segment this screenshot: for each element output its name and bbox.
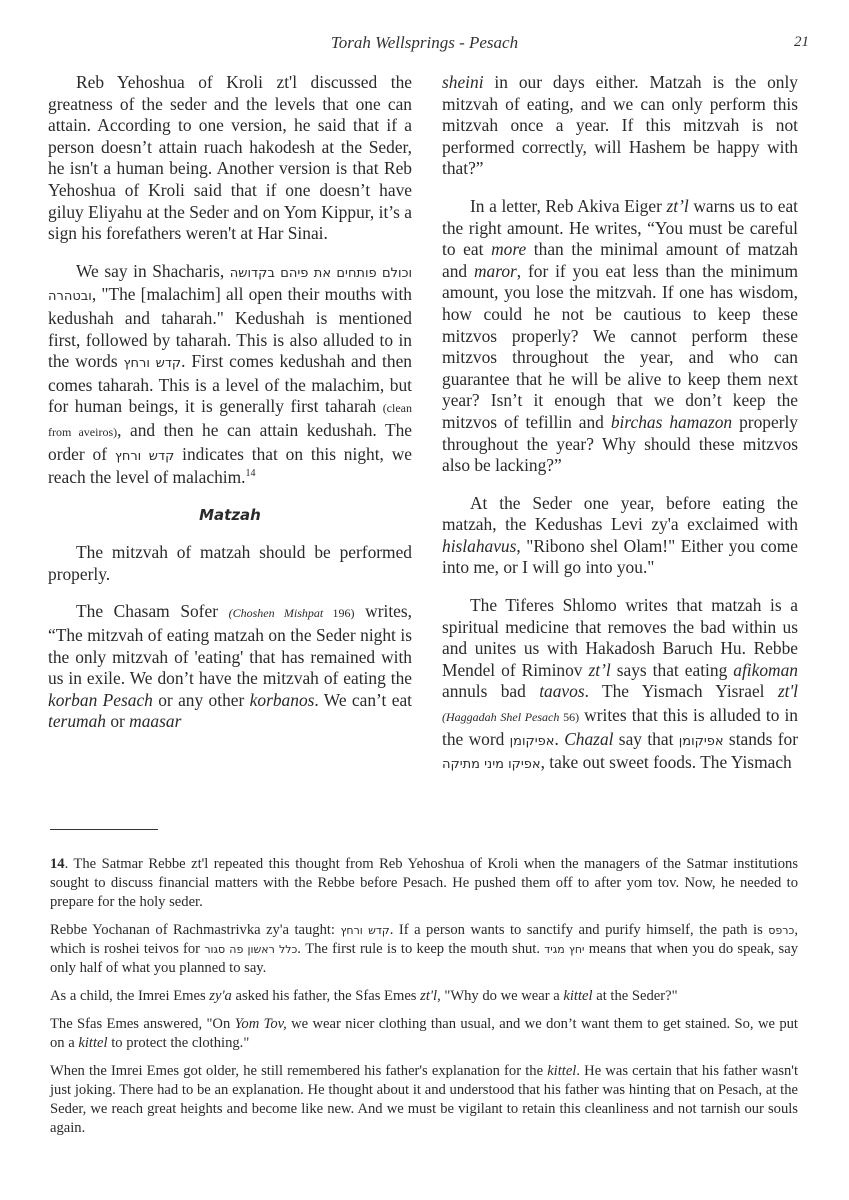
hebrew-text: קדש ורחץ <box>115 449 175 464</box>
footnote-divider <box>50 829 158 830</box>
hebrew-text: אפיקומן <box>679 734 724 749</box>
hebrew-text: כרפס <box>768 924 794 937</box>
footnote-sfas-emes-answer: The Sfas Emes answered, "On Yom Tov, we … <box>50 1015 798 1053</box>
hebrew-text: כלל ראשון פה סגור <box>204 943 297 956</box>
paragraph-akiva-eiger: In a letter, Reb Akiva Eiger zt’l warns … <box>442 196 798 477</box>
paragraph-kedushas-levi: At the Seder one year, before eating the… <box>442 493 798 579</box>
hebrew-text: קדש ורחץ <box>124 356 182 371</box>
paragraph-tiferes-shlomo: The Tiferes Shlomo writes that matzah is… <box>442 595 798 776</box>
paragraph-continued: sheini in our days either. Matzah is the… <box>442 72 798 180</box>
hebrew-text: אפיקומן <box>510 734 555 749</box>
footnote-imrei-emes-question: As a child, the Imrei Emes zy'a asked hi… <box>50 987 798 1006</box>
footnote-number: 14 <box>50 856 65 872</box>
page-number: 21 <box>794 34 809 51</box>
left-column: Reb Yehoshua of Kroli zt'l discussed the… <box>48 72 412 749</box>
footnote-rachmastrivka: Rebbe Yochanan of Rachmastrivka zy'a tau… <box>50 921 798 978</box>
section-heading-matzah: Matzah <box>48 505 412 527</box>
footnote-14: 14. The Satmar Rebbe zt'l repeated this … <box>50 855 798 912</box>
hebrew-text: יחץ מגיד <box>544 943 584 956</box>
paragraph-shacharis: We say in Shacharis, וכולם פותחים את פיה… <box>48 261 412 489</box>
paragraph-mitzvah-matzah: The mitzvah of matzah should be performe… <box>48 542 412 585</box>
page-header: Torah Wellsprings - Pesach 21 <box>0 33 849 57</box>
hebrew-text: אפיקו מיני מתיקה <box>442 757 541 772</box>
running-title: Torah Wellsprings - Pesach <box>0 33 849 53</box>
paragraph-chasam-sofer: The Chasam Sofer (Choshen Mishpat 196) w… <box>48 601 412 733</box>
hebrew-text: קדש ורחץ <box>340 924 389 937</box>
right-column: sheini in our days either. Matzah is the… <box>442 72 798 792</box>
footnote-ref-14[interactable]: 14 <box>245 468 255 479</box>
footnote-imrei-emes-older: When the Imrei Emes got older, he still … <box>50 1062 798 1138</box>
footnotes-section: 14. The Satmar Rebbe zt'l repeated this … <box>50 855 798 1147</box>
paragraph-kroli: Reb Yehoshua of Kroli zt'l discussed the… <box>48 72 412 245</box>
